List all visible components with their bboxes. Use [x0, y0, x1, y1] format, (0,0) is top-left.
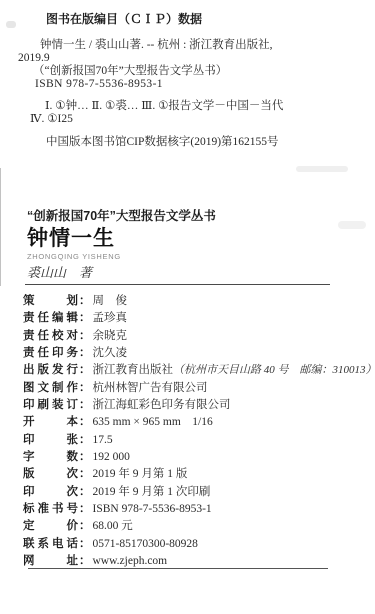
- cip-header: 图书在版编目（ＣＩＰ）数据: [46, 12, 367, 26]
- colophon-row-phone: 联系电话：0571-85170300-80928: [23, 536, 365, 553]
- colophon-label: 字数: [23, 449, 78, 466]
- colophon-row-layout: 图文制作：杭州林智广告有限公司: [23, 380, 365, 397]
- colophon-value: 沈久凌: [93, 347, 128, 359]
- divider-rule-top: [25, 284, 330, 285]
- colophon-label: 印张: [23, 432, 78, 449]
- colophon-label: 标准书号: [23, 501, 78, 518]
- colophon-value: www.zjeph.com: [93, 555, 168, 567]
- colophon-value-note: （杭州市天目山路 40 号 邮编：310013）: [173, 364, 375, 376]
- colophon-value: 17.5: [93, 434, 113, 446]
- cip-record-number: 中国版本图书馆CIP数据核字(2019)第162155号: [46, 136, 367, 149]
- colophon-colon: ：: [79, 468, 91, 480]
- book-title: 钟情一生: [27, 227, 216, 250]
- colophon-label: 印次: [23, 484, 78, 501]
- cip-series-note: （“创新报国70年”大型报告文学丛书）: [33, 65, 367, 78]
- divider-rule-bottom: [28, 568, 328, 569]
- cip-classification-line1: Ⅰ. ①钟… Ⅱ. ①裘… Ⅲ. ①报告文学－中国－当代: [45, 100, 367, 113]
- colophon-value: 192 000: [93, 451, 130, 463]
- colophon-colon: ：: [79, 520, 91, 532]
- colophon-row-wordcount: 字数：192 000: [23, 449, 365, 466]
- colophon-row-edition: 版次：2019 年 9 月第 1 版: [23, 466, 365, 483]
- colophon-row-proofreader: 责任校对：余晓克: [23, 328, 365, 345]
- colophon-row-publisher: 出版发行：浙江教育出版社（杭州市天目山路 40 号 邮编：310013）: [23, 362, 365, 379]
- title-block: “创新报国70年”大型报告文学丛书 钟情一生 ZHONGQING YISHENG…: [27, 209, 216, 280]
- colophon-value: 0571-85170300-80928: [93, 538, 198, 550]
- colophon-label: 版次: [23, 466, 78, 483]
- colophon-row-editor: 责任编辑：孟珍真: [23, 310, 365, 327]
- colophon-row-format: 开本：635 mm × 965 mm 1/16: [23, 414, 365, 431]
- colophon-row-sheets: 印张：17.5: [23, 432, 365, 449]
- colophon-value: 孟珍真: [93, 312, 128, 324]
- colophon-colon: ：: [79, 555, 91, 567]
- colophon-colon: ：: [79, 330, 91, 342]
- colophon-row-isbn: 标准书号：ISBN 978-7-5536-8953-1: [23, 501, 365, 518]
- colophon-value: 2019 年 9 月第 1 版: [93, 468, 188, 480]
- colophon-label: 定价: [23, 518, 78, 535]
- colophon-label: 责任编辑: [23, 310, 78, 327]
- colophon-value: 余晓克: [93, 330, 128, 342]
- copyright-page: 图书在版编目（ＣＩＰ）数据 钟情一生 / 裘山山著. -- 杭州 : 浙江教育出…: [0, 0, 375, 614]
- colophon-label: 责任校对: [23, 328, 78, 345]
- colophon-colon: ：: [79, 503, 91, 515]
- colophon-colon: ：: [79, 434, 91, 446]
- cip-description-line2: 2019.9: [18, 52, 367, 65]
- colophon-list: 策划：周 俊 责任编辑：孟珍真 责任校对：余晓克 责任印务：沈久凌 出版发行：浙…: [23, 293, 365, 571]
- scan-artifact-smudge: [296, 166, 348, 172]
- book-title-pinyin: ZHONGQING YISHENG: [27, 252, 216, 261]
- colophon-colon: ：: [79, 347, 91, 359]
- colophon-colon: ：: [79, 416, 91, 428]
- colophon-label: 印刷装订: [23, 397, 78, 414]
- colophon-colon: ：: [79, 312, 91, 324]
- colophon-colon: ：: [79, 364, 91, 376]
- colophon-row-planner: 策划：周 俊: [23, 293, 365, 310]
- colophon-label: 联系电话: [23, 536, 78, 553]
- colophon-label: 策划: [23, 293, 78, 310]
- colophon-label: 图文制作: [23, 380, 78, 397]
- colophon-row-print-supervisor: 责任印务：沈久凌: [23, 345, 365, 362]
- colophon-value: 2019 年 9 月第 1 次印刷: [93, 486, 211, 498]
- colophon-colon: ：: [79, 295, 91, 307]
- colophon-row-impression: 印次：2019 年 9 月第 1 次印刷: [23, 484, 365, 501]
- scan-artifact-smudge: [338, 221, 366, 229]
- colophon-label: 责任印务: [23, 345, 78, 362]
- colophon-value: 635 mm × 965 mm 1/16: [93, 416, 213, 428]
- cip-classification-line2: Ⅳ. ①I25: [30, 113, 367, 126]
- scan-artifact-edge: [0, 168, 1, 286]
- colophon-value: ISBN 978-7-5536-8953-1: [93, 503, 212, 515]
- colophon-colon: ：: [79, 486, 91, 498]
- colophon-row-price: 定价：68.00 元: [23, 518, 365, 535]
- colophon-label: 出版发行: [23, 362, 78, 379]
- cip-description-line1: 钟情一生 / 裘山山著. -- 杭州 : 浙江教育出版社,: [40, 39, 367, 52]
- colophon-colon: ：: [79, 399, 91, 411]
- colophon-value: 浙江海虹彩色印务有限公司: [93, 399, 231, 411]
- colophon-colon: ：: [79, 451, 91, 463]
- colophon-value: 杭州林智广告有限公司: [93, 382, 208, 394]
- colophon-value: 68.00 元: [93, 520, 133, 532]
- author-name: 裘山山 著: [27, 265, 216, 280]
- colophon-value: 浙江教育出版社: [93, 364, 174, 376]
- cip-data-block: 图书在版编目（ＣＩＰ）数据 钟情一生 / 裘山山著. -- 杭州 : 浙江教育出…: [0, 12, 367, 149]
- colophon-label: 开本: [23, 414, 78, 431]
- colophon-colon: ：: [79, 538, 91, 550]
- series-title: “创新报国70年”大型报告文学丛书: [27, 209, 216, 224]
- colophon-colon: ：: [79, 382, 91, 394]
- colophon-row-printer: 印刷装订：浙江海虹彩色印务有限公司: [23, 397, 365, 414]
- colophon-value: 周 俊: [93, 295, 128, 307]
- cip-isbn: ISBN 978-7-5536-8953-1: [35, 78, 367, 91]
